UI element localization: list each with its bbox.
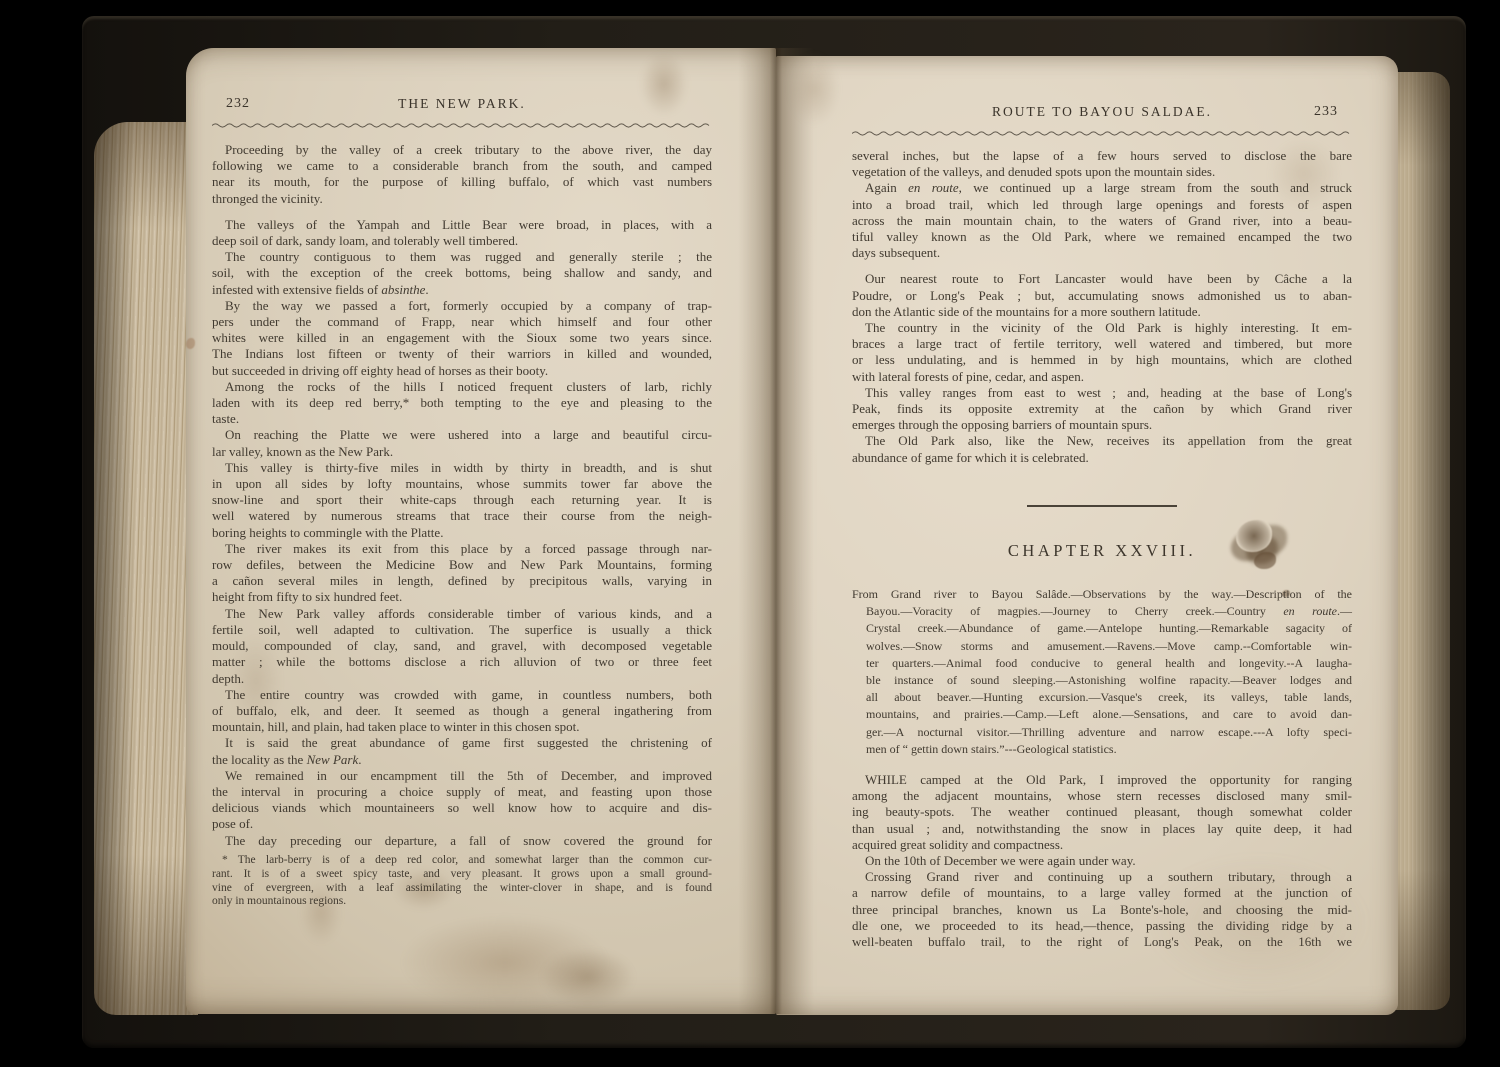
text-line: row defiles, between the Medicine Bow an… <box>212 557 712 573</box>
text-line: Crossing Grand river and continuing up a… <box>852 869 1352 885</box>
paragraph: It is said the great abundance of game f… <box>212 735 712 767</box>
text-line: This valley is thirty-five miles in widt… <box>212 460 712 476</box>
text-line: The valleys of the Yampah and Little Bea… <box>212 217 712 233</box>
text-line: near its mouth, for the purpose of killi… <box>212 174 712 190</box>
paragraph: On the 10th of December we were again un… <box>852 853 1352 869</box>
text-line: * The larb-berry is of a deep red color,… <box>212 854 712 868</box>
text-line: dle one, we proceeded to its head,—thenc… <box>852 918 1352 934</box>
page-gutter <box>738 48 814 1014</box>
text-line: the interval in procuring a choice suppl… <box>212 784 712 800</box>
text-line: among the adjacent mountains, whose ster… <box>852 788 1352 804</box>
text-line: The country contiguous to them was rugge… <box>212 249 712 265</box>
text-line: taste. <box>212 411 712 427</box>
paragraph: The Old Park also, like the New, receive… <box>852 433 1352 465</box>
text-line: than usual ; and, notwithstanding the sn… <box>852 821 1352 837</box>
text-line: men of “ gettin down stairs.”---Geologic… <box>852 741 1352 758</box>
text-line: vine of evergreen, with a leaf assimilat… <box>212 882 712 896</box>
paragraph: Proceeding by the valley of a creek trib… <box>212 142 712 207</box>
text-line: acquired great solidity and compactness. <box>852 837 1352 853</box>
text-line: a narrow defile of mountains, to a large… <box>852 885 1352 901</box>
text-line: pers under the command of Frapp, near wh… <box>212 314 712 330</box>
text-line: mould, compounded of clay, sand, and gra… <box>212 638 712 654</box>
text-line: emerges through the opposing barriers of… <box>852 417 1352 433</box>
text-line: a cañon several miles in length, defined… <box>212 573 712 589</box>
right-page-content: ROUTE TO BAYOU SALDAE. 233 several inche… <box>852 104 1352 984</box>
text-line: matter ; while the bottoms disclose a ri… <box>212 654 712 670</box>
text-line: thronged the vicinity. <box>212 191 712 207</box>
right-running-head: ROUTE TO BAYOU SALDAE. <box>852 104 1352 120</box>
paragraph: Our nearest route to Fort Lancaster woul… <box>852 271 1352 320</box>
text-line: delicious viands which mountaineers so w… <box>212 800 712 816</box>
paragraph: Again en route, we continued up a large … <box>852 180 1352 261</box>
text-line: laden with its deep red berry,* both tem… <box>212 395 712 411</box>
text-line: ter quarters.—Animal food conducive to g… <box>852 655 1352 672</box>
text-line: well watered by numerous streams that tr… <box>212 508 712 524</box>
text-line: depth. <box>212 671 712 687</box>
text-line: Our nearest route to Fort Lancaster woul… <box>852 271 1352 287</box>
paragraph: On reaching the Platte we were ushered i… <box>212 427 712 459</box>
paragraph: This valley ranges from east to west ; a… <box>852 385 1352 434</box>
text-line: braces a large tract of fertile territor… <box>852 336 1352 352</box>
text-line: pose of. <box>212 816 712 832</box>
book: 232 THE NEW PARK. Proceeding by the vall… <box>0 0 1500 1067</box>
text-line: snow-line and sport their white-caps thr… <box>212 492 712 508</box>
paragraph: This valley is thirty-five miles in widt… <box>212 460 712 541</box>
photo-background: { "page_background": "#000000", "book": … <box>0 0 1500 1067</box>
text-line: On reaching the Platte we were ushered i… <box>212 427 712 443</box>
paragraph: The country in the vicinity of the Old P… <box>852 320 1352 385</box>
text-line: The Indians lost fifteen or twenty of th… <box>212 346 712 362</box>
chapter-heading: CHAPTER XXVIII. <box>852 543 1352 559</box>
text-line: ger.—A nocturnal visitor.—Thrilling adve… <box>852 724 1352 741</box>
text-line: ble instance of sound sleeping.—Astonish… <box>852 672 1352 689</box>
left-running-head: THE NEW PARK. <box>212 96 712 112</box>
text-line: into a broad trail, which led through la… <box>852 197 1352 213</box>
text-line: boring heights to commingle with the Pla… <box>212 525 712 541</box>
text-line: The Old Park also, like the New, receive… <box>852 433 1352 449</box>
right-page-number: 233 <box>1314 104 1338 120</box>
paragraph: Crossing Grand river and continuing up a… <box>852 869 1352 950</box>
text-line: but succeeded in driving off eighty head… <box>212 363 712 379</box>
text-line: of buffalo, elk, and deer. It seemed as … <box>212 703 712 719</box>
text-line: WHILE camped at the Old Park, I improved… <box>852 772 1352 788</box>
text-line: in upon all sides by lofty mountains, wh… <box>212 476 712 492</box>
paragraph: several inches, but the lapse of a few h… <box>852 148 1352 180</box>
text-line: infested with extensive fields of absint… <box>212 282 712 298</box>
right-page-header: ROUTE TO BAYOU SALDAE. 233 <box>852 104 1352 122</box>
text-line: several inches, but the lapse of a few h… <box>852 148 1352 164</box>
text-line: fertile soil, well adapted to cultivatio… <box>212 622 712 638</box>
text-line: with lateral forests of pine, cedar, and… <box>852 369 1352 385</box>
text-line: Proceeding by the valley of a creek trib… <box>212 142 712 158</box>
text-line: The New Park valley affords considerable… <box>212 606 712 622</box>
paragraph: Among the rocks of the hills I noticed f… <box>212 379 712 428</box>
text-line: Again en route, we continued up a large … <box>852 180 1352 196</box>
text-line: On the 10th of December we were again un… <box>852 853 1352 869</box>
chapter-summary: From Grand river to Bayou Salâde.—Observ… <box>852 586 1352 758</box>
paragraph: The entire country was crowded with game… <box>212 687 712 736</box>
right-page-body-top: several inches, but the lapse of a few h… <box>852 148 1352 466</box>
text-line: wolves.—Snow storms and amusement.—Raven… <box>852 638 1352 655</box>
footnote: * The larb-berry is of a deep red color,… <box>212 854 712 909</box>
paragraph: The country contiguous to them was rugge… <box>212 249 712 298</box>
text-line: mountains, and prairies.—Camp.—Left alon… <box>852 706 1352 723</box>
paragraph: WHILE camped at the Old Park, I improved… <box>852 772 1352 853</box>
text-line: Among the rocks of the hills I noticed f… <box>212 379 712 395</box>
text-line: abundance of game for which it is celebr… <box>852 450 1352 466</box>
text-line: rant. It is of a sweet spicy taste, and … <box>212 868 712 882</box>
text-line: vegetation of the valleys, and denuded s… <box>852 164 1352 180</box>
paragraph: The valleys of the Yampah and Little Bea… <box>212 217 712 249</box>
text-line: ing beauty-spots. The weather continued … <box>852 804 1352 820</box>
text-line: or less undulating, and is hemmed in by … <box>852 352 1352 368</box>
text-line: following we came to a considerable bran… <box>212 158 712 174</box>
left-page-number: 232 <box>226 96 250 112</box>
text-line: Peak, finds its opposite extremity at th… <box>852 401 1352 417</box>
text-line: soil, with the exception of the creek bo… <box>212 265 712 281</box>
text-line: whites were killed in an engagement with… <box>212 330 712 346</box>
text-line: From Grand river to Bayou Salâde.—Observ… <box>852 586 1352 603</box>
text-line: The river makes its exit from this place… <box>212 541 712 557</box>
paragraph: By the way we passed a fort, formerly oc… <box>212 298 712 379</box>
page-edges-right <box>1396 72 1450 1010</box>
paragraph: We remained in our encampment till the 5… <box>212 768 712 833</box>
text-line: three principal branches, known us La Bo… <box>852 902 1352 918</box>
text-line: height from fifty to six hundred feet. <box>212 589 712 605</box>
paragraph: The river makes its exit from this place… <box>212 541 712 606</box>
wavy-rule <box>852 130 1352 136</box>
text-line: It is said the great abundance of game f… <box>212 735 712 751</box>
text-line: the locality as the New Park. <box>212 752 712 768</box>
left-page-content: 232 THE NEW PARK. Proceeding by the vall… <box>212 96 712 926</box>
chapter-divider-rule <box>1027 505 1177 507</box>
text-line: across the main mountain chain, to the w… <box>852 213 1352 229</box>
text-line: lar valley, known as the New Park. <box>212 444 712 460</box>
text-line: don the Atlantic side of the mountains f… <box>852 304 1352 320</box>
text-line: The day preceding our departure, a fall … <box>212 833 712 849</box>
paragraph: The day preceding our departure, a fall … <box>212 833 712 849</box>
right-page-body-bottom: WHILE camped at the Old Park, I improved… <box>852 772 1352 950</box>
text-line: The country in the vicinity of the Old P… <box>852 320 1352 336</box>
text-line: We remained in our encampment till the 5… <box>212 768 712 784</box>
text-line: well-beaten buffalo trail, to the right … <box>852 934 1352 950</box>
text-line: days subsequent. <box>852 245 1352 261</box>
text-line: deep soil of dark, sandy loam, and toler… <box>212 233 712 249</box>
text-line: tiful valley known as the Old Park, wher… <box>852 229 1352 245</box>
text-line: only in mountainous regions. <box>212 895 712 909</box>
text-line: Poudre, or Long's Peak ; but, accumulati… <box>852 288 1352 304</box>
left-page-body: Proceeding by the valley of a creek trib… <box>212 142 712 849</box>
wavy-rule <box>212 122 712 128</box>
left-page-header: 232 THE NEW PARK. <box>212 96 712 114</box>
text-line: This valley ranges from east to west ; a… <box>852 385 1352 401</box>
text-line: all about beaver.—Hunting excursion.—Vas… <box>852 689 1352 706</box>
text-line: The entire country was crowded with game… <box>212 687 712 703</box>
page-edges-left <box>94 122 198 1015</box>
text-line: Bayou.—Voracity of magpies.—Journey to C… <box>852 603 1352 620</box>
text-line: Crystal creek.—Abundance of game.—Antelo… <box>852 620 1352 637</box>
text-line: By the way we passed a fort, formerly oc… <box>212 298 712 314</box>
paragraph: The New Park valley affords considerable… <box>212 606 712 687</box>
text-line: mountain, hill, and plain, had taken pla… <box>212 719 712 735</box>
